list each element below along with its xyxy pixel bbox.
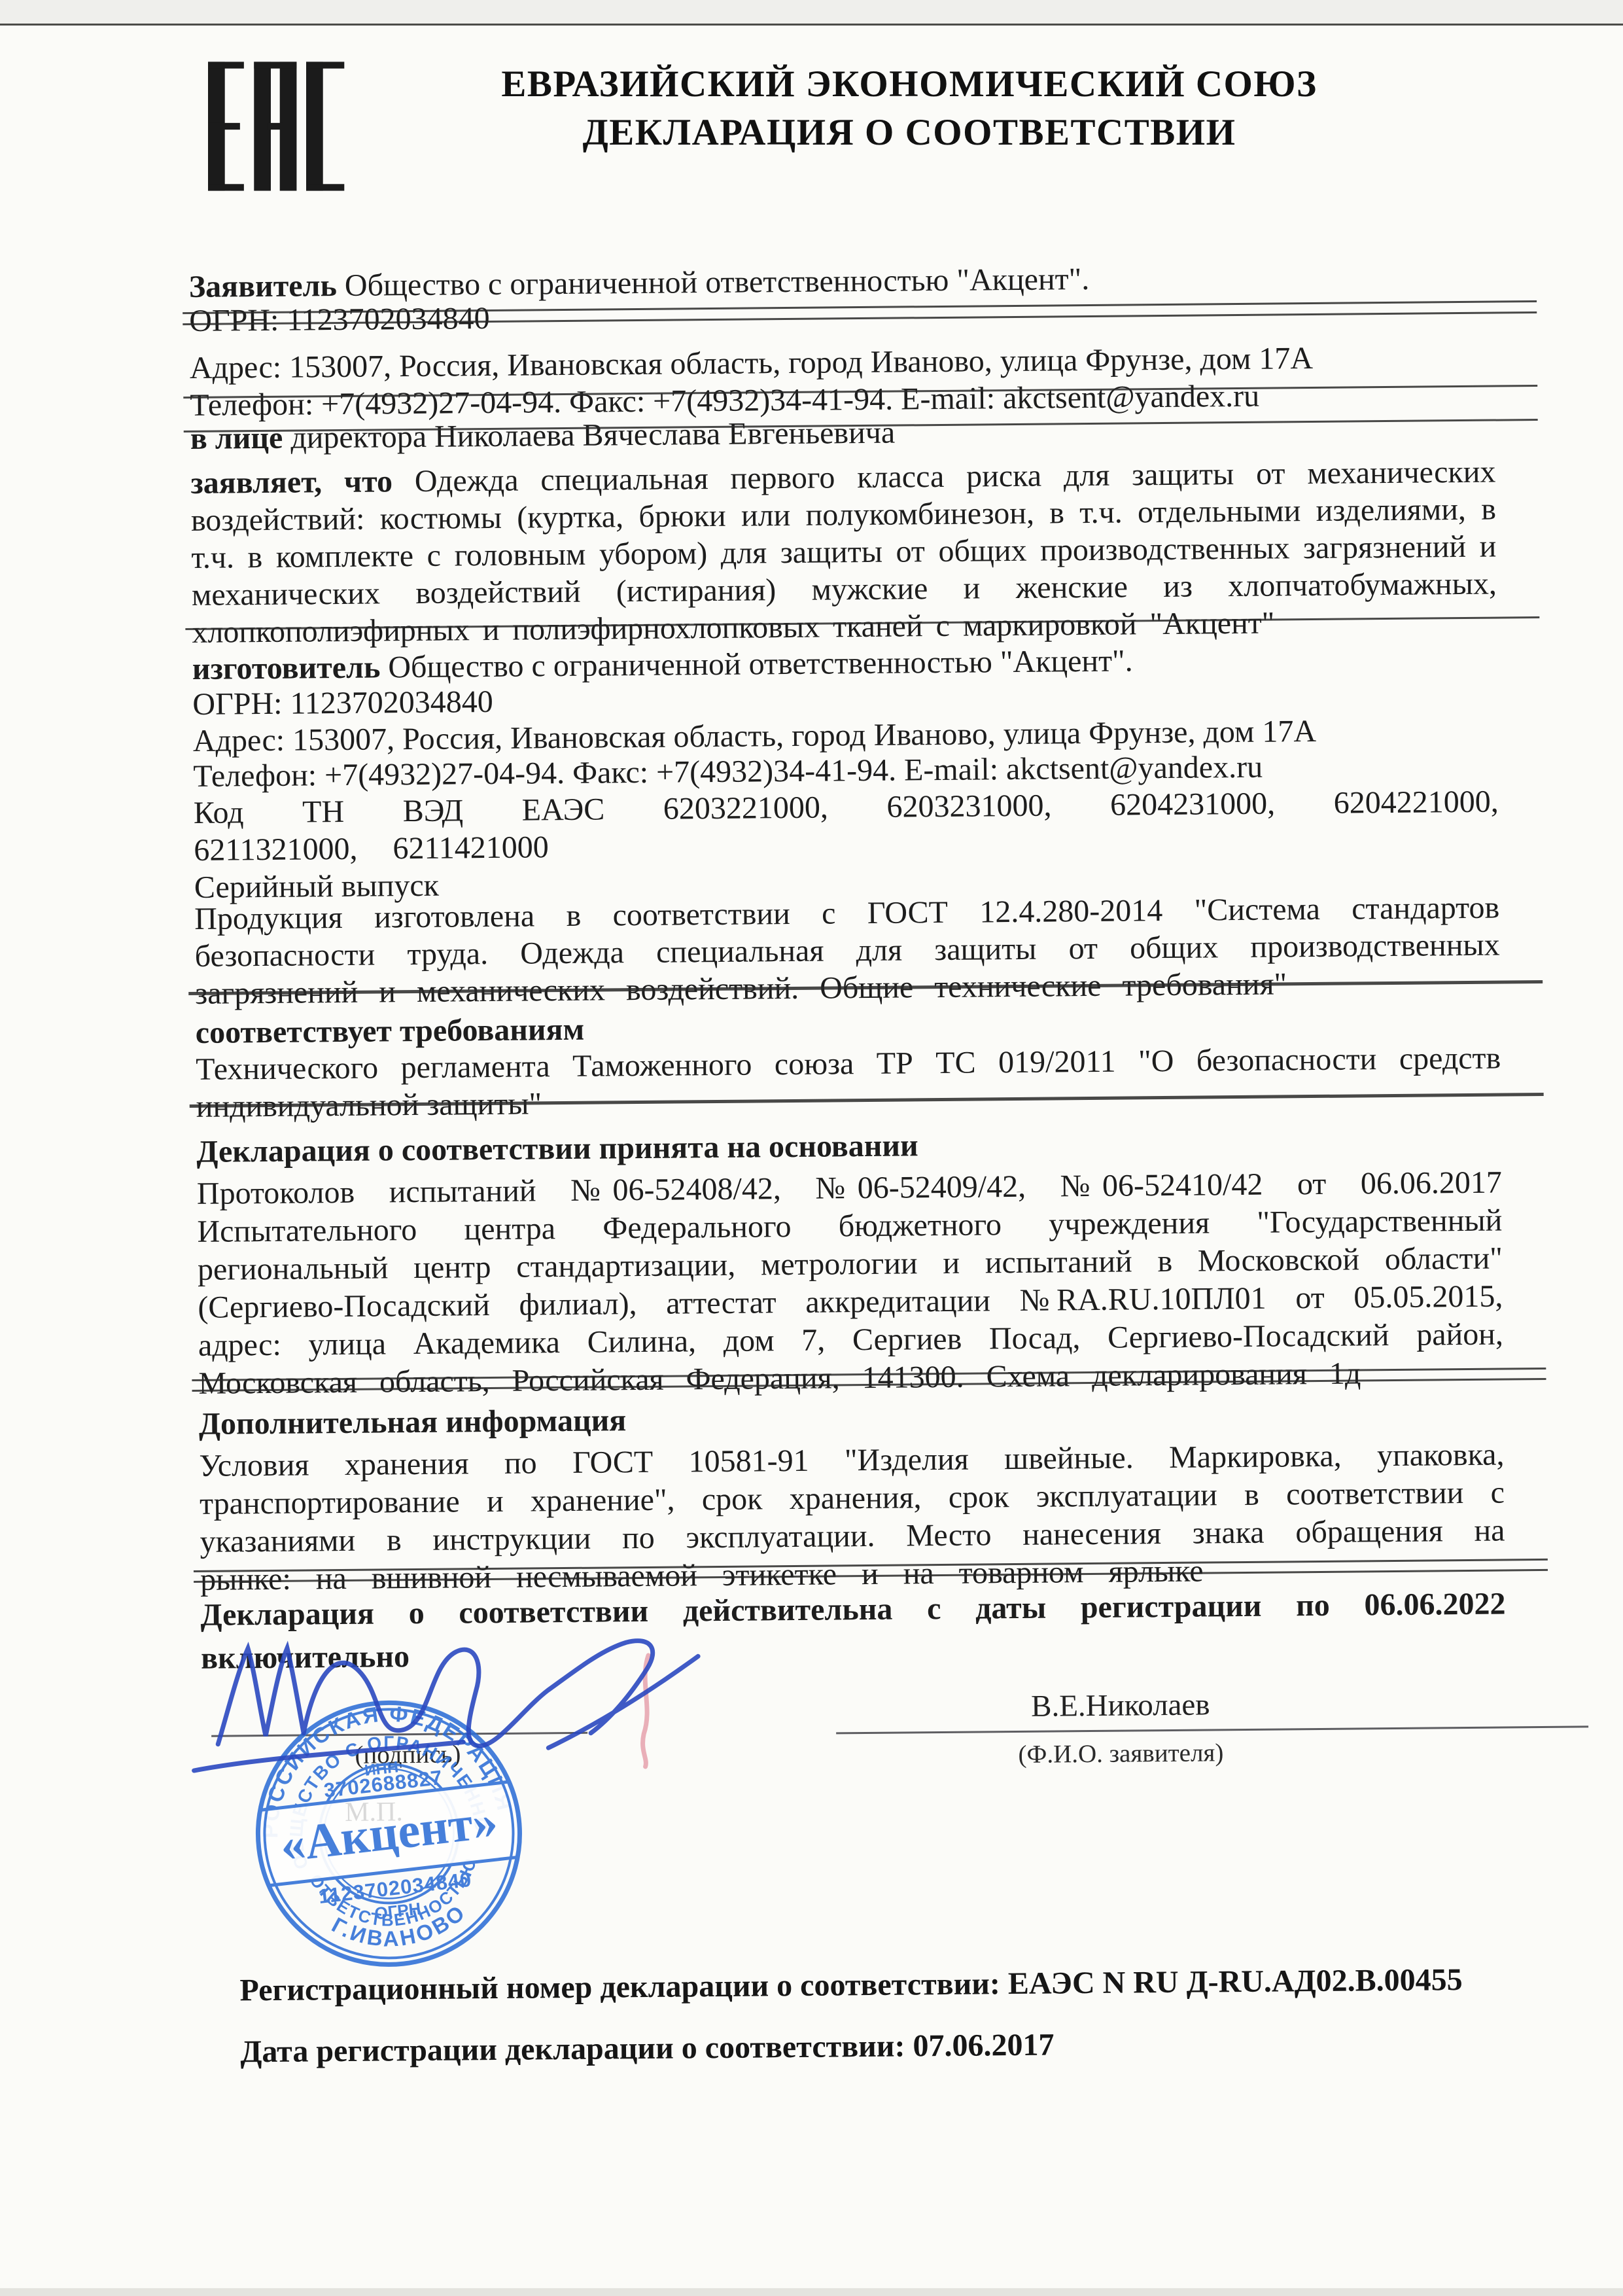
in-person-text: директора Николаева Вячеслава Евгеньевич… [290,415,895,455]
gost-paragraph: Продукция изготовлена в соответствии с Г… [194,889,1500,1012]
document-body: Заявитель Общество с ограниченной ответс… [186,0,1561,2296]
applicant-name-caption: (Ф.И.О. заявителя) [859,1737,1382,1771]
in-person-label: в лице [190,421,283,456]
manufacturer-label: изготовитель [192,650,381,686]
signature-ink [181,1610,719,1795]
declares-label: заявляет, что [190,464,393,501]
registration-date-value: 07.06.2017 [913,2028,1054,2064]
additional-heading: Дополнительная информация [199,1394,1504,1443]
registration-number-value: ЕАЭС N RU Д-RU.АД02.В.00455 [1008,1962,1463,2001]
registration-date-line: Дата регистрации декларации о соответств… [240,2022,1562,2071]
registration-date-label: Дата регистрации декларации о соответств… [240,2029,905,2070]
basis-heading: Декларация о соответствии принята на осн… [196,1122,1501,1171]
basis-text: Протоколов испытаний №06-52408/42, №06-5… [197,1164,1504,1403]
declares-paragraph: заявляет, что Одежда специальная первого… [190,453,1497,651]
applicant-signoff-name: В.Е.Николаев [859,1686,1382,1725]
tnved-codes: Код ТН ВЭД ЕАЭС 6203221000, 6203231000, … [194,783,1499,869]
compliance-text: Технического регламента Таможенного союз… [196,1040,1501,1125]
applicant-label: Заявитель [189,268,338,304]
applicant-name-line [836,1725,1588,1734]
